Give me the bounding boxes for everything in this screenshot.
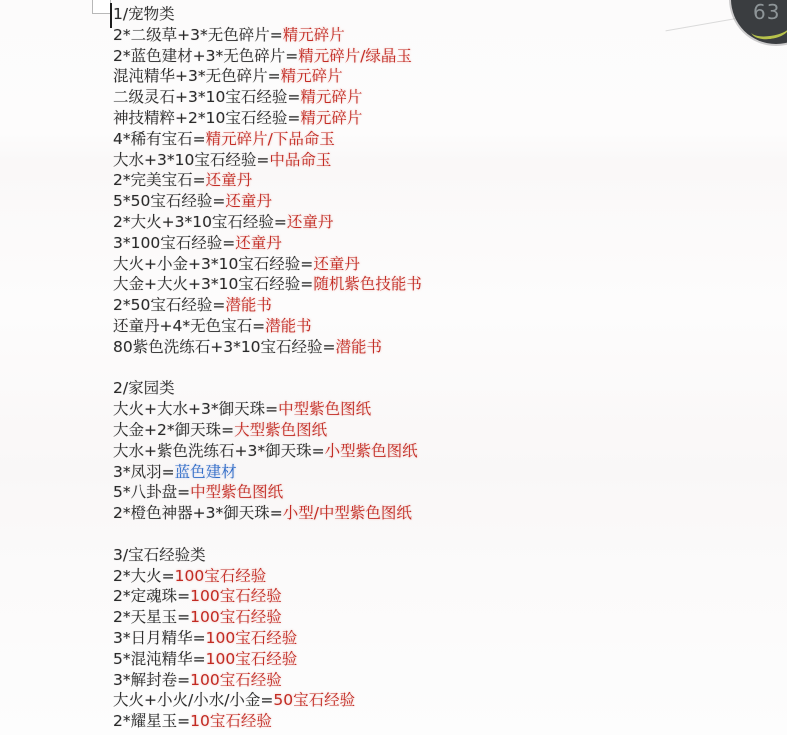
recipe-line: 2*大火+3*10宝石经验=还童丹 — [113, 212, 422, 233]
recipe-output: 50宝石经验 — [273, 691, 355, 709]
recipe-line: 还童丹+4*无色宝石=潜能书 — [113, 316, 422, 337]
recipe-line: 80紫色洗练石+3*10宝石经验=潜能书 — [113, 337, 422, 358]
recipe-line: 3*解封卷=100宝石经验 — [113, 670, 422, 691]
recipe-line: 二级灵石+3*10宝石经验=精元碎片 — [113, 87, 422, 108]
ui-fragment-box — [92, 0, 111, 14]
recipe-output: 随机紫色技能书 — [313, 275, 422, 293]
recipe-output: 还童丹 — [225, 192, 272, 210]
recipe-line: 神技精粹+2*10宝石经验=精元碎片 — [113, 108, 422, 129]
recipe-output: 100宝石经验 — [190, 587, 282, 605]
recipe-input: 5*混沌精华= — [113, 650, 206, 668]
recipe-input: 4*稀有宝石= — [113, 130, 206, 148]
recipe-output: 还童丹 — [287, 213, 334, 231]
recipe-input: 2*50宝石经验= — [113, 296, 225, 314]
recipe-input: 大水+紫色洗练石+3*御天珠= — [113, 442, 325, 460]
recipe-input: 大水+3*10宝石经验= — [113, 151, 269, 169]
recipe-input: 2*耀星玉= — [113, 712, 190, 730]
section-title: 3/宝石经验类 — [113, 545, 422, 566]
recipe-input: 大火+大水+3*御天珠= — [113, 400, 278, 418]
text-cursor — [110, 3, 112, 28]
recipe-output: 潜能书 — [336, 338, 383, 356]
watermark-badge: 63 — [731, 0, 787, 44]
section-title: 1/宠物类 — [113, 4, 422, 25]
recipe-line: 大火+小金+3*10宝石经验=还童丹 — [113, 254, 422, 275]
recipe-input: 2*完美宝石= — [113, 171, 206, 189]
recipe-output: 精元碎片/绿晶玉 — [298, 47, 412, 65]
recipe-line: 2*二级草+3*无色碎片=精元碎片 — [113, 25, 422, 46]
section-gap — [113, 524, 422, 545]
recipe-input: 80紫色洗练石+3*10宝石经验= — [113, 338, 336, 356]
recipe-line: 2*蓝色建材+3*无色碎片=精元碎片/绿晶玉 — [113, 46, 422, 67]
section-gap — [113, 358, 422, 379]
recipe-input: 3*凤羽= — [113, 463, 175, 481]
recipe-output: 100宝石经验 — [206, 629, 298, 647]
recipe-output: 潜能书 — [225, 296, 272, 314]
recipe-line: 大水+紫色洗练石+3*御天珠=小型紫色图纸 — [113, 441, 422, 462]
recipe-input: 还童丹+4*无色宝石= — [113, 317, 265, 335]
recipe-line: 2*橙色神器+3*御天珠=小型/中型紫色图纸 — [113, 503, 422, 524]
recipe-input: 2*天星玉= — [113, 608, 190, 626]
recipe-input: 2*橙色神器+3*御天珠= — [113, 504, 283, 522]
recipe-line: 大火+小火/小水/小金=50宝石经验 — [113, 690, 422, 711]
recipe-output: 100宝石经验 — [206, 650, 298, 668]
recipe-output: 潜能书 — [265, 317, 312, 335]
recipe-output: 精元碎片 — [281, 67, 343, 85]
recipe-line: 4*稀有宝石=精元碎片/下品命玉 — [113, 129, 422, 150]
recipe-output: 中品命玉 — [269, 151, 331, 169]
recipe-line: 5*八卦盘=中型紫色图纸 — [113, 482, 422, 503]
recipe-line: 2*耀星玉=10宝石经验 — [113, 711, 422, 732]
recipe-input: 2*蓝色建材+3*无色碎片= — [113, 47, 298, 65]
recipe-input: 3*日月精华= — [113, 629, 206, 647]
recipe-output: 还童丹 — [313, 255, 360, 273]
recipe-line: 5*混沌精华=100宝石经验 — [113, 649, 422, 670]
recipe-line: 5*50宝石经验=还童丹 — [113, 191, 422, 212]
recipe-input: 大火+小火/小水/小金= — [113, 691, 273, 709]
recipe-output: 精元碎片 — [300, 88, 362, 106]
recipe-output: 100宝石经验 — [190, 671, 282, 689]
recipe-input: 2*大火= — [113, 567, 175, 585]
recipe-line: 大金+大火+3*10宝石经验=随机紫色技能书 — [113, 274, 422, 295]
recipe-output: 100宝石经验 — [175, 567, 267, 585]
recipe-input: 大火+小金+3*10宝石经验= — [113, 255, 313, 273]
recipe-input: 3*解封卷= — [113, 671, 190, 689]
recipe-input: 二级灵石+3*10宝石经验= — [113, 88, 300, 106]
recipe-input: 2*大火+3*10宝石经验= — [113, 213, 287, 231]
recipe-output: 蓝色建材 — [175, 463, 237, 481]
recipe-output: 中型紫色图纸 — [190, 483, 283, 501]
recipe-output: 中型紫色图纸 — [278, 400, 371, 418]
recipe-input: 大金+2*御天珠= — [113, 421, 234, 439]
recipe-line: 3*凤羽=蓝色建材 — [113, 462, 422, 483]
recipe-line: 混沌精华+3*无色碎片=精元碎片 — [113, 66, 422, 87]
recipe-line: 大水+3*10宝石经验=中品命玉 — [113, 150, 422, 171]
decor-line — [665, 18, 738, 32]
recipe-output: 10宝石经验 — [190, 712, 272, 730]
recipe-line: 2*天星玉=100宝石经验 — [113, 607, 422, 628]
recipe-content: 1/宠物类2*二级草+3*无色碎片=精元碎片2*蓝色建材+3*无色碎片=精元碎片… — [113, 4, 422, 732]
recipe-input: 5*50宝石经验= — [113, 192, 225, 210]
recipe-line: 2*大火=100宝石经验 — [113, 566, 422, 587]
recipe-input: 大金+大火+3*10宝石经验= — [113, 275, 313, 293]
recipe-output: 精元碎片 — [300, 109, 362, 127]
recipe-output: 精元碎片 — [283, 26, 345, 44]
recipe-line: 大火+大水+3*御天珠=中型紫色图纸 — [113, 399, 422, 420]
recipe-line: 2*50宝石经验=潜能书 — [113, 295, 422, 316]
recipe-output: 100宝石经验 — [190, 608, 282, 626]
recipe-line: 3*日月精华=100宝石经验 — [113, 628, 422, 649]
recipe-line: 2*定魂珠=100宝石经验 — [113, 586, 422, 607]
recipe-line: 3*100宝石经验=还童丹 — [113, 233, 422, 254]
recipe-input: 2*二级草+3*无色碎片= — [113, 26, 283, 44]
recipe-input: 神技精粹+2*10宝石经验= — [113, 109, 300, 127]
recipe-output: 还童丹 — [235, 234, 282, 252]
recipe-input: 3*100宝石经验= — [113, 234, 235, 252]
recipe-input: 混沌精华+3*无色碎片= — [113, 67, 281, 85]
recipe-output: 小型紫色图纸 — [325, 442, 418, 460]
recipe-line: 大金+2*御天珠=大型紫色图纸 — [113, 420, 422, 441]
section-title: 2/家园类 — [113, 378, 422, 399]
recipe-input: 5*八卦盘= — [113, 483, 190, 501]
recipe-output: 精元碎片/下品命玉 — [206, 130, 335, 148]
recipe-output: 大型紫色图纸 — [234, 421, 327, 439]
recipe-output: 小型/中型紫色图纸 — [283, 504, 412, 522]
recipe-line: 2*完美宝石=还童丹 — [113, 170, 422, 191]
recipe-input: 2*定魂珠= — [113, 587, 190, 605]
recipe-output: 还童丹 — [206, 171, 253, 189]
